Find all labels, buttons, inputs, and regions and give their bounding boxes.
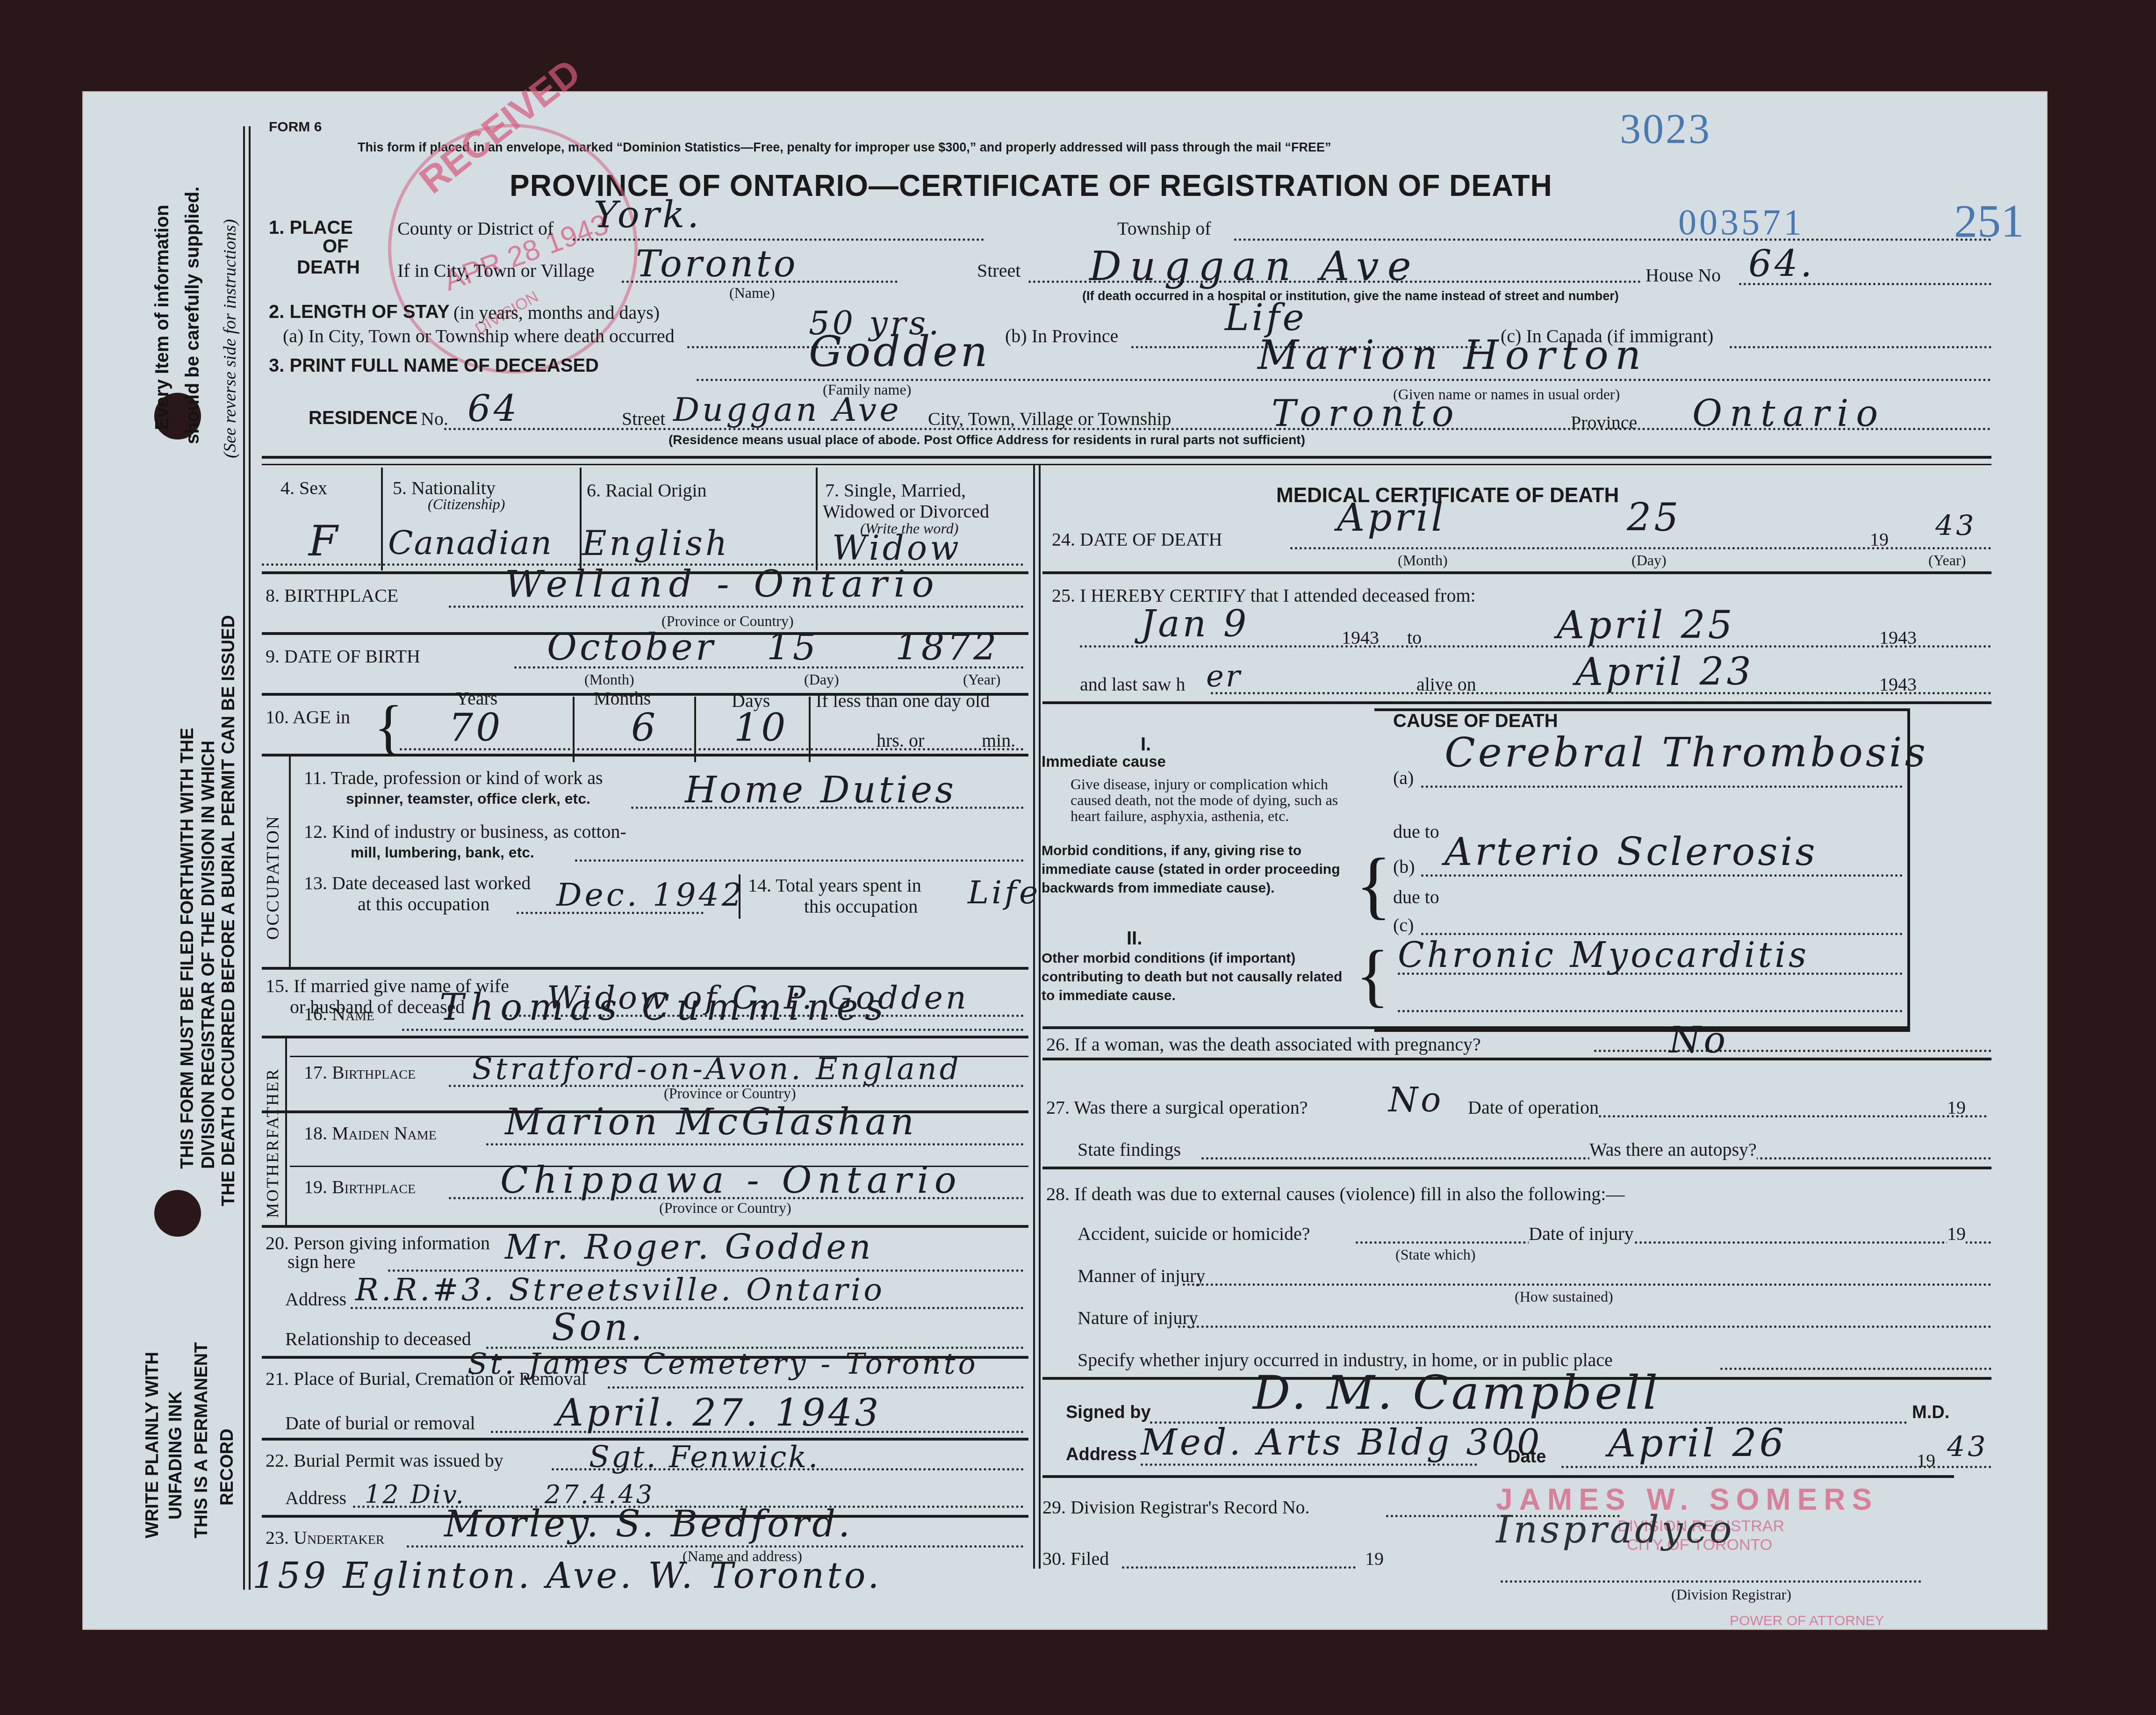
residence-no-field[interactable]: 64 [467,388,519,430]
informant-relationship-label: Relationship to deceased [285,1328,471,1350]
occupation-side-divider [289,755,291,968]
stay-label-note: (in years, months and days) [453,302,660,324]
row10-divider [262,754,1028,757]
attended-to-label: to [1407,627,1422,649]
cause-divider [1042,1026,1907,1029]
industry-label-1: 12. Kind of industry or business, as cot… [304,821,626,843]
due-to-1: due to [1393,821,1439,843]
marital-label-1: 7. Single, Married, [825,479,966,501]
months-divider [694,697,696,762]
street-field[interactable]: Duggan Ave [1089,243,1420,290]
other-line-2 [1398,1010,1903,1012]
county-label: County or District of [397,217,553,239]
institution-note: (If death occurred in a hospital or inst… [1082,289,1619,303]
occupation-side-label: OCCUPATION [263,815,283,940]
accident-line[interactable] [1356,1241,1991,1244]
father-birthplace-label: 17. Birthplace [304,1061,416,1083]
county-line [573,238,984,241]
margin-rule-2 [249,126,251,1590]
address-sig-line [1141,1463,1477,1466]
column-divider-2 [1039,465,1041,1569]
cause-c-label: (c) [1393,914,1414,936]
undertaker-field[interactable]: Morley. S. Bedford. [444,1503,853,1545]
q27-label: 27. Was there a surgical operation? [1046,1096,1308,1118]
township-line[interactable] [1234,238,1991,241]
q26-field[interactable]: No [1669,1019,1728,1061]
age-days-field[interactable]: 10 [734,706,788,750]
stay-province-label: (b) In Province [1005,325,1118,347]
header-divider-2 [262,464,1991,465]
punch-hole-bottom [154,1190,201,1237]
signed-field[interactable]: D. M. Campbell [1253,1365,1660,1420]
dob-year-field[interactable]: 1872 [895,627,999,669]
q27-divider [1042,1167,1991,1169]
dob-year-sub: (Year) [963,671,1000,688]
city-field[interactable]: Toronto [636,243,798,285]
residence-street-label: Street [622,408,665,430]
mother-birthplace-label: 19. Birthplace [304,1176,416,1198]
margin-unfading-ink: UNFADING INK [166,1391,186,1520]
dob-day-field[interactable]: 15 [767,627,819,669]
mother-birthplace-field[interactable]: Chippawa - Ontario [500,1160,962,1202]
margin-filing-line2: DIVISION REGISTRAR OF THE DIVISION IN WH… [199,741,219,1169]
attended-from-year: 1943 [1342,627,1379,649]
q27-date-label: Date of operation [1468,1096,1599,1118]
margin-filing-line1: THIS FORM MUST BE FILED FORTHWITH WITH T… [178,728,198,1169]
father-birthplace-field[interactable]: Stratford-on-Avon. England [472,1052,962,1087]
city-label: If in City, Town or Village [397,259,595,281]
burial-place-field[interactable]: St. James Cemetery - Toronto [467,1347,978,1381]
margin-rule-1 [243,126,245,1590]
sig-year-field[interactable]: 43 [1947,1431,1988,1463]
family-name-field[interactable]: Godden [809,327,991,376]
cause-b-field[interactable]: Arterio Sclerosis [1445,830,1818,874]
alive-label: alive on [1416,673,1476,695]
signed-label: Signed by [1066,1403,1151,1423]
q27-date-line[interactable] [1599,1115,1987,1117]
stay-city-label: (a) In City, Town or Township where deat… [283,325,675,347]
margin-see-reverse: (See reverse side for instructions) [220,219,240,458]
deceased-label: 3. PRINT FULL NAME OF DECEASED [269,355,599,376]
margin-record: RECORD [217,1428,237,1506]
informant-relationship-field[interactable]: Son. [552,1307,645,1349]
attended-from-field[interactable]: Jan 9 [1141,603,1249,645]
form-number: FORM 6 [269,119,322,135]
q26-divider [1042,1058,1991,1060]
nationality-sub: (Citizenship) [428,496,505,513]
other-field[interactable]: Chronic Myocarditis [1398,935,1809,975]
other-line-1 [1398,973,1903,975]
marital-field[interactable]: Widow [832,528,962,568]
q26-label: 26. If a woman, was the death associated… [1046,1033,1481,1055]
permit-address-label: Address [285,1487,346,1509]
burial-date-label: Date of burial or removal [285,1412,475,1434]
q27-year-prefix: 19 [1947,1096,1966,1118]
md-label: M.D. [1912,1403,1949,1423]
attended-to-year: 1943 [1879,627,1917,649]
father-name-field[interactable]: Thomas Cummines [439,987,890,1029]
nature-line[interactable] [1178,1326,1991,1328]
father-name-line [402,1029,1024,1031]
sex-field[interactable]: F [309,517,340,566]
informant-address-field[interactable]: R.R.#3. Streetsville. Ontario [355,1272,885,1308]
mother-side-divider [285,1113,287,1225]
dod-day-sub: (Day) [1631,552,1667,569]
informant-label-2: sign here [287,1251,356,1273]
margin-write-plainly: WRITE PLAINLY WITH [143,1352,163,1538]
house-label: House No [1646,264,1721,286]
marital-label-2: Widowed or Divorced [823,500,989,522]
trade-label-1: 11. Trade, profession or kind of work as [304,767,603,789]
cause-b-label: (b) [1393,856,1415,878]
age-years-field[interactable]: 70 [449,706,503,750]
morbid-brace: { [1356,842,1392,928]
signature-divider [1042,1475,1954,1478]
birthplace-label: 8. BIRTHPLACE [266,584,398,606]
dod-label: 24. DATE OF DEATH [1052,528,1222,550]
stamp-number-top: 3023 [1620,105,1711,153]
header-divider-1 [262,456,1991,459]
age-line [400,748,1024,750]
q26-line [1594,1050,1991,1052]
residence-city-label: City, Town, Village or Township [928,408,1171,430]
township-label: Township of [1117,217,1211,239]
burial-date-field[interactable]: April. 27. 1943 [556,1391,882,1434]
residence-province-label: Province [1571,411,1637,433]
mother-birthplace-sub: (Province or Country) [659,1199,791,1217]
dob-label: 9. DATE OF BIRTH [266,645,420,667]
age-months-field[interactable]: 6 [631,706,658,750]
racial-label: 6. Racial Origin [587,479,707,501]
column-divider [1033,465,1035,1569]
residence-province-field[interactable]: Ontario [1692,393,1885,435]
dod-month-field[interactable]: April [1337,496,1446,540]
sig-year-prefix: 19 [1917,1449,1935,1471]
years-occ-label-1: 14. Total years spent in [748,874,921,896]
permit-label: 22. Burial Permit was issued by [266,1449,503,1471]
alive-year: 1943 [1879,673,1917,695]
lastworked-label-2: at this occupation [358,893,489,915]
industry-label-2: mill, lumbering, bank, etc. [351,844,534,861]
poa-stamp: POWER OF ATTORNEY [1730,1613,1884,1629]
medical-title: MEDICAL CERTIFICATE OF DEATH [1276,484,1619,507]
dod-day-field[interactable]: 25 [1627,496,1681,540]
min-label: min. [982,729,1015,751]
given-names-field[interactable]: Marion Horton [1258,332,1647,379]
occupation-divider [262,967,1028,970]
years-occ-field[interactable]: Life [968,874,1041,911]
dod-year-sub: (Year) [1928,552,1966,569]
father-birthplace-sub: (Province or Country) [664,1085,796,1102]
q28-label: 28. If death was due to external causes … [1046,1183,1624,1205]
street-label: Street [977,259,1021,281]
age-label: 10. AGE in [266,706,350,728]
permit-field[interactable]: Sgt. Fenwick. [589,1440,819,1475]
accident-label: Accident, suicide or homicide? [1078,1223,1310,1245]
mother-name-field[interactable]: Marion McGlashan [505,1101,918,1143]
alive-field[interactable]: April 23 [1575,650,1754,694]
industry-line[interactable] [575,859,1024,862]
lessday-label: If less than one day old [816,690,990,712]
stay-canada-line[interactable] [1730,346,1991,348]
informant-name-field[interactable]: Mr. Roger. Godden [505,1227,874,1267]
racial-field[interactable]: English [582,524,730,563]
years-divider [573,697,575,762]
certify-label: 25. I HEREBY CERTIFY that I attended dec… [1052,584,1476,606]
q30-year-prefix: 19 [1365,1548,1384,1570]
age-brace: { [374,692,403,762]
other-label: Other morbid conditions (if important) c… [1042,949,1345,1005]
cause-b-line [1421,874,1903,877]
county-field[interactable]: York. [594,194,702,236]
spouse-divider [262,1036,1028,1038]
autopsy-label: Was there an autopsy? [1589,1139,1757,1160]
days-divider [809,697,811,762]
other-num: II. [1127,928,1142,949]
q30-label: 30. Filed [1042,1548,1109,1570]
informant-address-label: Address [285,1288,346,1310]
specify-line[interactable] [1720,1368,1991,1370]
margin-every-item: Every Item of information [152,205,173,430]
dod-year-prefix: 19 [1870,528,1889,550]
city-sub: (Name) [729,284,775,302]
accident-sub: (State which) [1395,1246,1476,1263]
birthplace-line [449,605,1024,608]
registrar-signature: Inspradyco [1496,1508,1735,1551]
dod-year-field[interactable]: 43 [1935,510,1976,542]
address-sig-field[interactable]: Med. Arts Bldg 300 [1141,1421,1542,1463]
years-occ-label-2: this occupation [804,895,918,917]
lastworked-field[interactable]: Dec. 1942 [556,877,745,914]
registrar-line [1501,1580,1921,1583]
dob-day-sub: (Day) [804,671,839,688]
injury-year-prefix: 19 [1947,1223,1966,1245]
father-side-label: FATHER [263,1068,282,1139]
cause-title: CAUSE OF DEATH [1393,711,1558,732]
manner-sub: (How sustained) [1515,1288,1613,1305]
mother-side-label: MOTHER [263,1139,282,1218]
hrs-label: hrs. or [877,729,924,751]
morbid-label: Morbid conditions, if any, giving rise t… [1042,842,1345,898]
undertaker-label: 23. Undertaker [266,1527,385,1549]
cause-a-label: (a) [1393,767,1414,789]
house-field[interactable]: 64. [1748,243,1815,285]
other-brace: { [1356,935,1389,1016]
dod-month-sub: (Month) [1398,552,1448,569]
findings-label: State findings [1078,1139,1181,1160]
nationality-divider [580,468,582,570]
residence-no-label: No. [421,408,448,430]
birthplace-field[interactable]: Welland - Ontario [505,563,941,605]
nationality-field[interactable]: Canadian [388,524,553,562]
father-name-label-text: 16. Name [304,1003,374,1025]
sig-date-field[interactable]: April 26 [1608,1421,1787,1466]
manner-line[interactable] [1183,1283,1991,1286]
lastworked-divider [739,874,740,919]
dob-month-sub: (Month) [584,671,634,688]
cause-a-line [1421,785,1903,788]
undertaker-address-field[interactable]: 159 Eglinton. Ave. W. Toronto. [252,1555,882,1596]
attended-to-field[interactable]: April 25 [1557,603,1735,648]
sig-date-label: Date [1508,1447,1546,1467]
registrar-sub: (Division Registrar) [1671,1586,1791,1603]
stay-label: 2. LENGTH OF STAY [269,302,450,323]
place-label-3: DEATH [297,257,360,278]
injury-date-label: Date of injury [1529,1223,1633,1245]
residence-label: RESIDENCE [309,408,417,429]
margin-carefully-supplied: should be carefully supplied. [182,187,203,444]
place-label-1: 1. PLACE [269,217,353,238]
mother-name-line [486,1143,1024,1146]
certify-divider [1042,701,1991,704]
dod-divider [1042,571,1991,574]
address-sig-label: Address [1066,1445,1137,1465]
q30-line[interactable] [1122,1566,1356,1569]
lastsaw-label: and last saw h [1080,673,1186,695]
lastsaw-field[interactable]: er [1206,659,1242,694]
residence-street-field[interactable]: Duggan Ave [673,390,902,429]
due-to-2: due to [1393,886,1439,908]
immediate-help: Give disease, injury or complication whi… [1071,776,1346,824]
dob-month-field[interactable]: October [547,627,716,669]
burial-place-line [608,1386,1024,1389]
margin-filing-line3: THE DEATH OCCURRED BEFORE A BURIAL PERMI… [219,615,239,1206]
q29-label: 29. Division Registrar's Record No. [1042,1496,1310,1518]
sex-divider [381,468,383,570]
lastworked-label-1: 13. Date deceased last worked [304,872,531,894]
immediate-label: Immediate cause [1042,753,1166,771]
sex-label: 4. Sex [280,477,327,499]
trade-field[interactable]: Home Duties [685,769,956,811]
residence-note: (Residence means usual place of abode. P… [668,432,1305,447]
cause-a-field[interactable]: Cerebral Thrombosis [1445,729,1928,776]
trade-label-2: spinner, teamster, office clerk, etc. [346,790,590,807]
residence-city-field[interactable]: Toronto [1272,393,1460,435]
mother-name-label: 18. Maiden Name [304,1122,437,1144]
place-label-2: OF [323,236,349,257]
attended-line [1080,645,1991,648]
racial-divider [816,468,818,570]
margin-permanent: THIS IS A PERMANENT [192,1342,212,1538]
registration-number: 003571 [1678,201,1804,243]
immediate-num: I. [1141,734,1151,755]
q27-field[interactable]: No [1388,1080,1444,1119]
